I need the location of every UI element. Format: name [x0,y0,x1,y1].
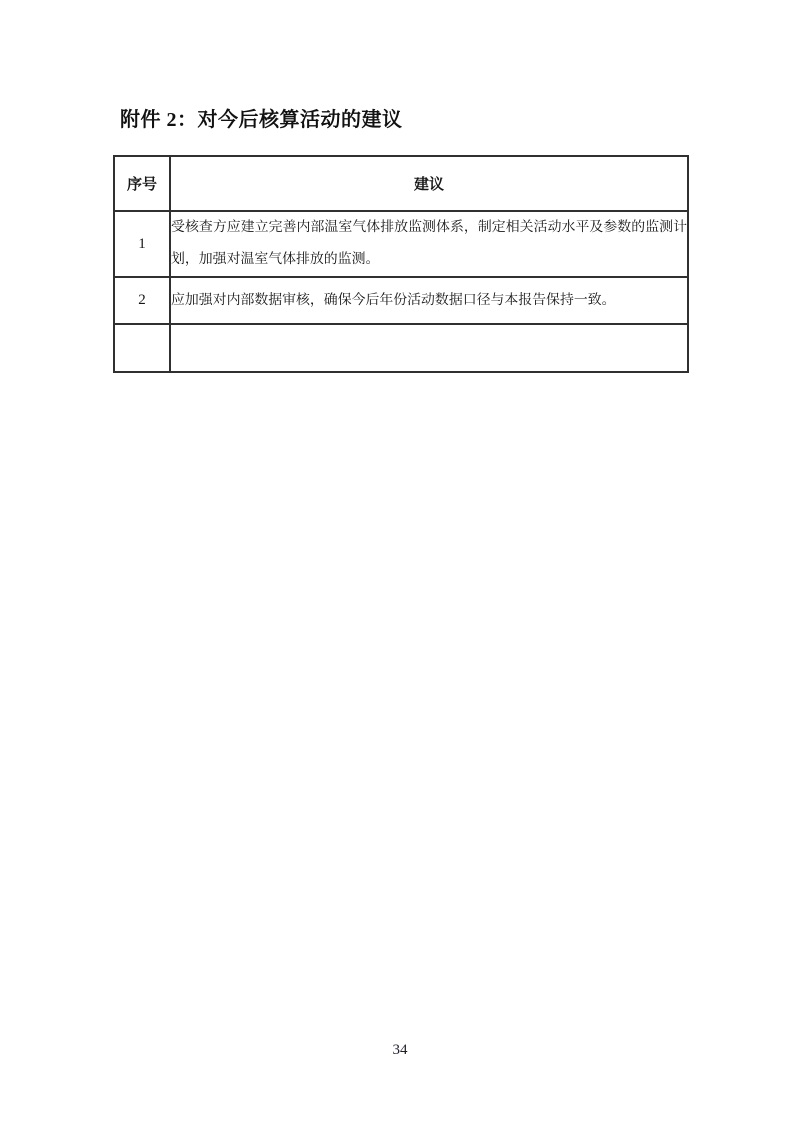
row-suggestion-text [170,324,688,372]
table-row-empty [114,324,688,372]
table-row: 2 应加强对内部数据审核，确保今后年份活动数据口径与本报告保持一致。 [114,277,688,324]
row-suggestion-text: 应加强对内部数据审核，确保今后年份活动数据口径与本报告保持一致。 [170,277,688,324]
row-serial-number [114,324,170,372]
column-header-suggestion: 建议 [170,156,688,211]
column-header-serial-number: 序号 [114,156,170,211]
page-number: 34 [0,1042,800,1059]
table-row: 1 受核查方应建立完善内部温室气体排放监测体系，制定相关活动水平及参数的监测计划… [114,211,688,277]
row-serial-number: 1 [114,211,170,277]
table-header-row: 序号 建议 [114,156,688,211]
document-page: 附件 2：对今后核算活动的建议 序号 建议 1 受核查方应建立完善内部温室气体排… [0,0,800,1132]
row-suggestion-text: 受核查方应建立完善内部温室气体排放监测体系，制定相关活动水平及参数的监测计划，加… [170,211,688,277]
suggestions-table: 序号 建议 1 受核查方应建立完善内部温室气体排放监测体系，制定相关活动水平及参… [113,155,689,373]
attachment-title: 附件 2：对今后核算活动的建议 [120,104,403,136]
row-serial-number: 2 [114,277,170,324]
